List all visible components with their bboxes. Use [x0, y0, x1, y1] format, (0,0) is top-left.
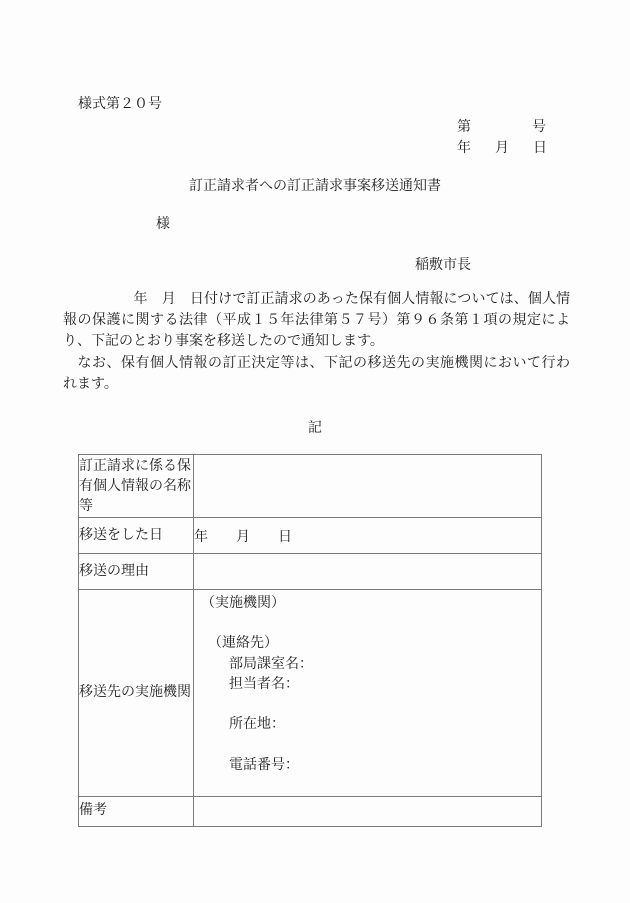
row3-label-cell: 移送の理由	[79, 554, 194, 590]
document-title: 訂正請求者への訂正請求事案移送通知書	[0, 175, 630, 195]
table-row-transfer-reason: 移送の理由	[79, 554, 542, 590]
sender-name: 稲敷市長	[415, 254, 471, 274]
row2-value-cell: 年 月 日	[194, 518, 542, 554]
date-month-label: 月	[495, 141, 509, 156]
row1-value-cell	[194, 455, 542, 518]
row5-label-cell: 備考	[79, 796, 194, 826]
form-number: 様式第２０号	[78, 93, 162, 113]
agency-line: （実施機関）	[201, 594, 541, 614]
agency-line: 担当者名：	[201, 675, 541, 695]
agency-line	[201, 695, 541, 715]
agency-line: 部局課室名：	[201, 655, 541, 675]
agency-line	[201, 614, 541, 634]
row4-label-cell: 移送先の実施機関	[79, 590, 194, 797]
agency-line	[201, 776, 541, 796]
body-line: れます。	[63, 374, 575, 395]
table-row-information-name: 訂正請求に係る保有個人情報の名称等	[79, 455, 542, 518]
row1-label-cell: 訂正請求に係る保有個人情報の名称等	[79, 455, 194, 518]
row3-value-cell	[194, 554, 542, 590]
body-line: なお、保有個人情報の訂正決定等は、下記の移送先の実施機関において行わ	[63, 353, 575, 374]
row2-label-cell: 移送をした日	[79, 518, 194, 554]
table-row-transfer-date: 移送をした日 年 月 日	[79, 518, 542, 554]
agency-detail-lines: （実施機関） （連絡先） 部局課室名： 担当者名： 所在地： 電話番号：	[194, 590, 541, 796]
recipient-honorific: 様	[156, 213, 170, 233]
body-line: り、下記のとおり事案を移送したので通知します。	[63, 331, 575, 352]
notice-table: 訂正請求に係る保有個人情報の名称等 移送をした日 年 月 日 移送の理由 移送先…	[78, 454, 542, 827]
doc-number-prefix: 第	[457, 120, 471, 135]
agency-line	[201, 735, 541, 755]
section-marker: 記	[0, 417, 630, 437]
date-day-label: 日	[533, 141, 547, 156]
row5-value-cell	[194, 796, 542, 826]
agency-line: （連絡先）	[201, 634, 541, 654]
body-line: 年 月 日付けで訂正請求のあった保有個人情報については、個人情	[63, 289, 575, 310]
table-row-remarks: 備考	[79, 796, 542, 826]
date-year-label: 年	[457, 141, 471, 156]
document-number-line: 第号	[457, 116, 546, 136]
table-row-destination-agency: 移送先の実施機関 （実施機関） （連絡先） 部局課室名： 担当者名： 所在地： …	[79, 590, 542, 797]
issue-date-line: 年月日	[457, 137, 547, 157]
row4-value-cell: （実施機関） （連絡先） 部局課室名： 担当者名： 所在地： 電話番号：	[194, 590, 542, 797]
doc-number-suffix: 号	[532, 120, 546, 135]
body-line: 報の保護に関する法律（平成１５年法律第５７号）第９６条第１項の規定によ	[63, 310, 575, 331]
body-paragraph: 年 月 日付けで訂正請求のあった保有個人情報については、個人情 報の保護に関する…	[63, 289, 575, 395]
document-page: 様式第２０号 第号 年月日 訂正請求者への訂正請求事案移送通知書 様 稲敷市長 …	[0, 0, 630, 903]
agency-line: 所在地：	[201, 715, 541, 735]
agency-line: 電話番号：	[201, 756, 541, 776]
